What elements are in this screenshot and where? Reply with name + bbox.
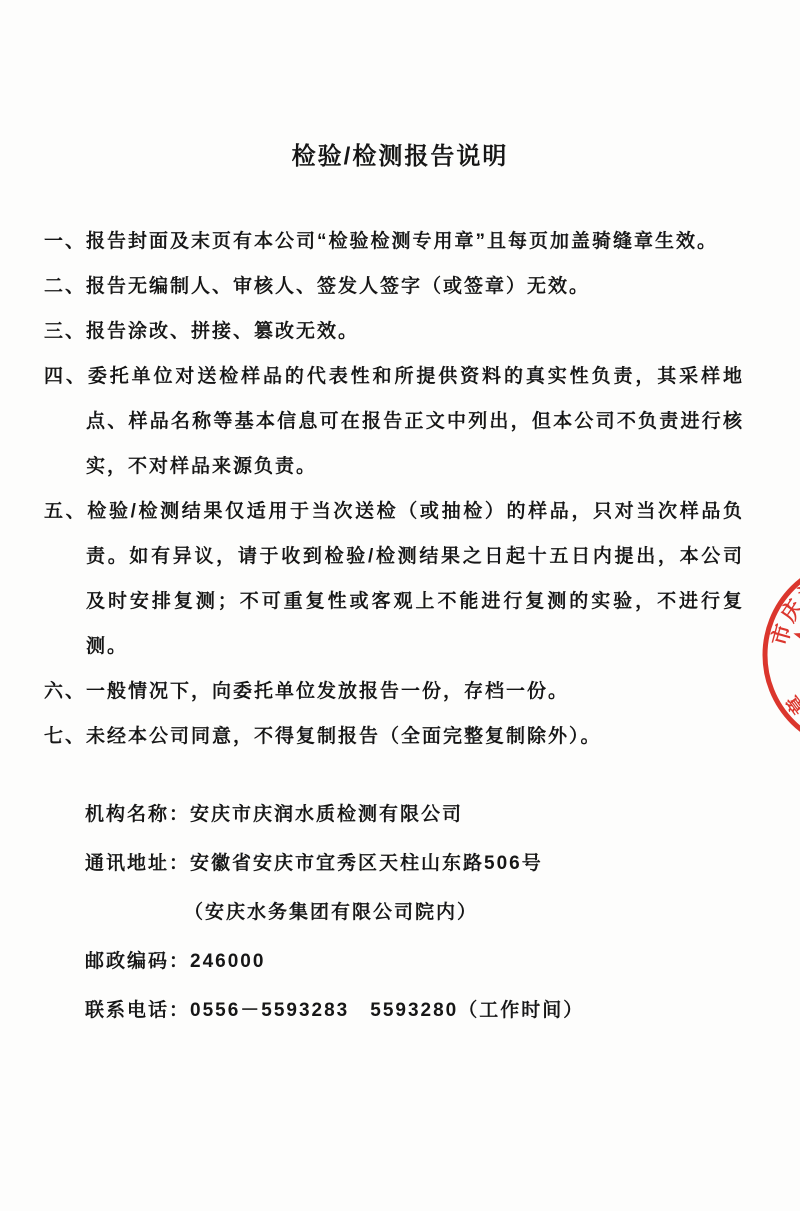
notes-list: 一、报告封面及末页有本公司“检验检测专用章”且每页加盖骑缝章生效。 二、报告无编… [44,219,744,759]
note-text: 委托单位对送检样品的代表性和所提供资料的真实性负责，其采样地点、样品名称等基本信… [86,366,744,477]
postal-code-label: 邮政编码： [85,937,190,986]
seal-ring [765,560,800,750]
note-text: 检验/检测结果仅适用于当次送检（或抽检）的样品，只对当次样品负责。如有异议，请于… [86,501,744,657]
note-text: 报告无编制人、审核人、签发人签字（或签章）无效。 [86,276,590,297]
note-text: 报告封面及末页有本公司“检验检测专用章”且每页加盖骑缝章生效。 [86,231,718,252]
phone-value: 0556－5593283 5593280（工作时间） [190,1000,584,1021]
org-name-value: 安庆市庆润水质检测有限公司 [190,804,463,825]
report-notes-page: 检验/检测报告说明 一、报告封面及末页有本公司“检验检测专用章”且每页加盖骑缝章… [0,0,800,1211]
seal-top-text: 安庆市庆润水质检测有限公司 [756,550,800,648]
note-item-5: 五、检验/检测结果仅适用于当次送检（或抽检）的样品，只对当次样品负责。如有异议，… [44,489,744,669]
note-item-1: 一、报告封面及末页有本公司“检验检测专用章”且每页加盖骑缝章生效。 [44,219,744,264]
note-item-3: 三、报告涂改、拼接、篡改无效。 [44,309,744,354]
note-number: 五、 [44,501,87,522]
address-label: 通讯地址： [85,839,190,888]
org-name-label: 机构名称： [85,790,190,839]
note-number: 六、 [44,681,86,702]
note-text: 一般情况下，向委托单位发放报告一份，存档一份。 [86,681,569,702]
org-name-row: 机构名称：安庆市庆润水质检测有限公司 [85,790,745,839]
address-value: 安徽省安庆市宜秀区天柱山东路506号 [190,853,543,874]
note-item-4: 四、委托单位对送检样品的代表性和所提供资料的真实性负责，其采样地点、样品名称等基… [44,354,744,489]
note-item-7: 七、未经本公司同意，不得复制报告（全面完整复制除外）。 [44,714,744,759]
note-text: 报告涂改、拼接、篡改无效。 [86,321,359,342]
page-title: 检验/检测报告说明 [0,136,800,171]
address-row: 通讯地址：安徽省安庆市宜秀区天柱山东路506号 [85,839,745,888]
note-item-2: 二、报告无编制人、审核人、签发人签字（或签章）无效。 [44,264,744,309]
address-continuation-row: （安庆水务集团有限公司院内） [85,888,745,937]
note-number: 三、 [44,321,86,342]
phone-row: 联系电话：0556－5593283 5593280（工作时间） [85,986,745,1035]
note-number: 七、 [44,726,86,747]
company-seal-stamp: 安庆市庆润水质检测有限公司 检验检测专用章 [756,550,800,762]
note-number: 二、 [44,276,86,297]
contact-info-block: 机构名称：安庆市庆润水质检测有限公司 通讯地址：安徽省安庆市宜秀区天柱山东路50… [85,790,745,1035]
postal-code-row: 邮政编码：246000 [85,937,745,986]
note-text: 未经本公司同意，不得复制报告（全面完整复制除外）。 [86,726,602,747]
note-number: 四、 [44,366,88,387]
postal-code-value: 246000 [190,951,265,972]
address-continuation-value: （安庆水务集团有限公司院内） [184,902,478,923]
phone-label: 联系电话： [85,986,190,1035]
note-number: 一、 [44,231,86,252]
note-item-6: 六、一般情况下，向委托单位发放报告一份，存档一份。 [44,669,744,714]
